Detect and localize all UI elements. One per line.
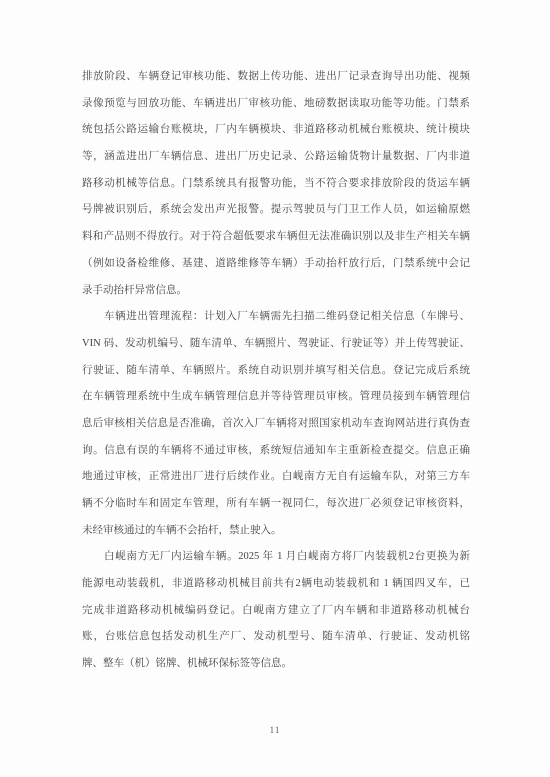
text-line: 统包括公路运输台账模块，厂内车辆模块、非道路移动机械台账模块、统计模块 — [82, 117, 470, 144]
text-line: 行驶证、随车清单、车辆照片。系统自动识别并填写相关信息。登记完成后系统 — [82, 358, 470, 385]
text-line: 录手动抬杆异常信息。 — [82, 278, 470, 305]
text-line: 未经审核通过的车辆不会抬杆，禁止驶入。 — [82, 518, 470, 545]
text-line: 号牌被识别后，系统会发出声光报警。提示驾驶员与门卫工作人员，如运输原燃 — [82, 197, 470, 224]
text-line: 能源电动装载机，非道路移动机械目前共有2辆电动装载机和 1 辆国四叉车，已 — [82, 571, 470, 598]
text-line: 排放阶段、车辆登记审核功能、数据上传功能、进出厂记录查询导出功能、视频 — [82, 64, 470, 91]
text-line: 录像预览与回放功能、车辆进出厂审核功能、地磅数据读取功能等功能。门禁系 — [82, 91, 470, 118]
text-line: （例如设备检维修、基建、道路维修等车辆）手动抬杆放行后，门禁系统中会记 — [82, 251, 470, 278]
text-line: 辆不分临时车和固定车管理，所有车辆一视同仁，每次进厂必须登记审核资料， — [82, 491, 470, 518]
text-line: 账，台账信息包括发动机生产厂、发动机型号、随车清单、行驶证、发动机铭 — [82, 624, 470, 651]
text-line: 白岘南方无厂内运输车辆。2025 年 1 月白岘南方将厂内装载机2台更换为新 — [82, 544, 470, 571]
text-line: 牌、整车（机）铭牌、机械环保标签等信息。 — [82, 651, 470, 678]
page-number: 11 — [0, 725, 550, 735]
text-line: 等，涵盖进出厂车辆信息、进出厂历史记录、公路运输货物计量数据、厂内非道 — [82, 144, 470, 171]
document-page: 排放阶段、车辆登记审核功能、数据上传功能、进出厂记录查询导出功能、视频 录像预览… — [0, 0, 550, 777]
text-line: 完成非道路移动机械编码登记。白岘南方建立了厂内车辆和非道路移动机械台 — [82, 598, 470, 625]
text-line: 地通过审核，正常进出厂进行后续作业。白岘南方无自有运输车队，对第三方车 — [82, 464, 470, 491]
text-line: 料和产品则不得放行。对于符合超低要求车辆但无法准确识别以及非生产相关车辆 — [82, 224, 470, 251]
text-line: VIN 码、发动机编号、随车清单、车辆照片、驾驶证、行驶证等）并上传驾驶证、 — [82, 331, 470, 358]
text-line: 车辆进出管理流程：计划入厂车辆需先扫描二维码登记相关信息（车牌号、 — [82, 304, 470, 331]
text-line: 息后审核相关信息是否准确，首次入厂车辆将对照国家机动车查询网站进行真伪查 — [82, 411, 470, 438]
document-body-text: 排放阶段、车辆登记审核功能、数据上传功能、进出厂记录查询导出功能、视频 录像预览… — [82, 64, 470, 678]
text-line: 询。信息有误的车辆将不通过审核，系统短信通知车主重新检查提交。信息正确 — [82, 438, 470, 465]
text-line: 在车辆管理系统中生成车辆管理信息并等待管理员审核。管理员接到车辆管理信 — [82, 384, 470, 411]
text-line: 路移动机械等信息。门禁系统具有报警功能，当不符合要求排放阶段的货运车辆 — [82, 171, 470, 198]
